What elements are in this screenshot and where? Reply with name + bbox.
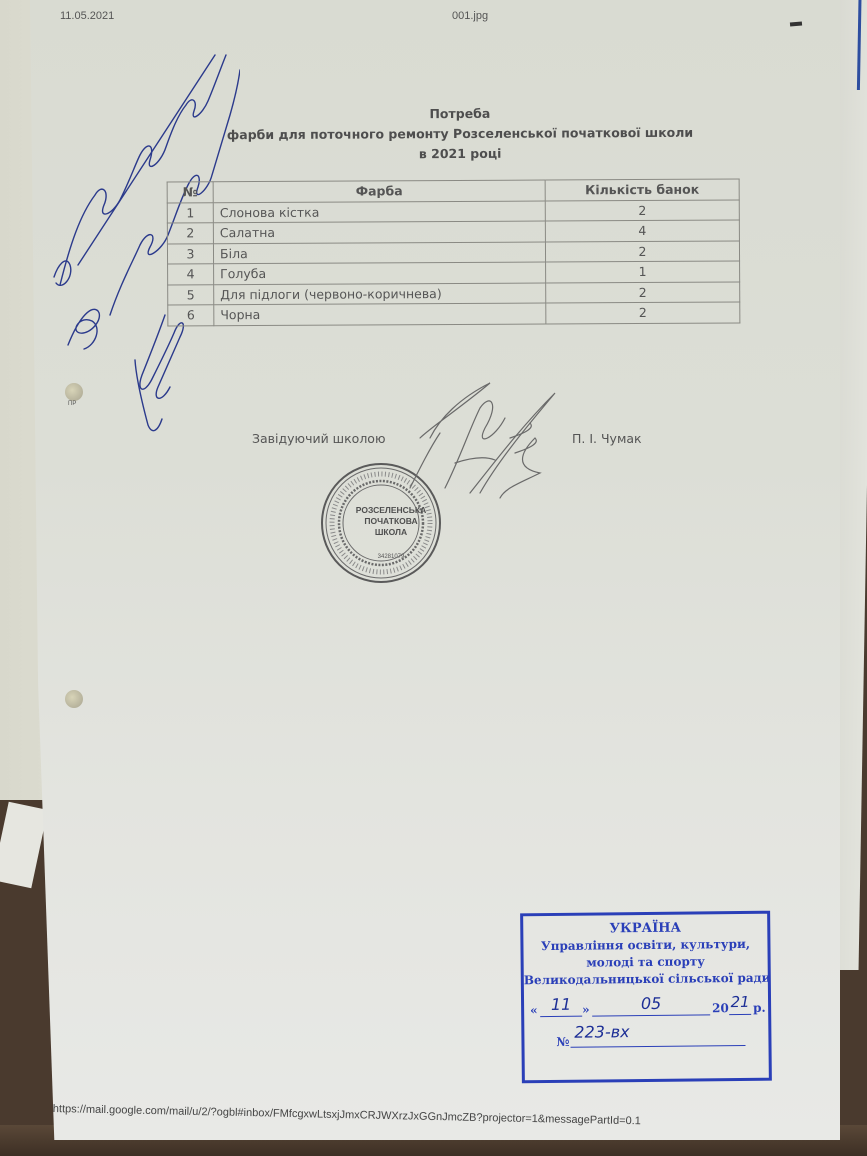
row-paint: Салатна [213,221,545,243]
row-paint: Слонова кістка [213,201,545,223]
title-line-2: фарби для поточного ремонту Розселенсько… [200,123,720,146]
row-quantity: 2 [545,241,739,263]
row-paint: Для підлоги (червоно-коричнева) [214,283,546,305]
number-label: № [556,1035,569,1049]
seal-line: ШКОЛА [336,527,446,538]
signatory-name: П. І. Чумак [572,431,642,446]
stamp-department: Управління освіти, культури, [523,936,767,956]
print-filename: 001.jpg [452,10,488,22]
stamp-year: 21 [729,993,751,1015]
title-line-1: Потреба [200,103,720,126]
row-number: 5 [168,284,214,305]
registration-number: 223-вх [570,1021,745,1048]
row-number: 6 [168,305,214,326]
background-sheet-under [0,802,48,889]
open-quote: « [530,1003,538,1017]
row-number: 4 [168,264,214,285]
row-quantity: 4 [545,220,739,242]
row-paint: Голуба [214,262,546,284]
row-number: 3 [167,243,213,264]
close-quote: » [582,1003,590,1017]
document-title: Потреба фарби для поточного ремонту Розс… [200,103,720,166]
stamp-century: 20 [712,1001,729,1015]
stamp-date-row: « 11 » 05 20 21 р. [524,993,768,1022]
stamp-number-row: № 223-вх [524,1021,768,1052]
table-row: 6 Чорна 2 [168,302,740,325]
title-line-3: в 2021 році [200,143,720,166]
row-number: 1 [167,202,213,223]
stamp-year-suffix: р. [753,1001,766,1015]
row-paint: Біла [213,242,545,264]
hole-mark: ПР [68,401,76,407]
paint-table: № Фарба Кількість банок 1 Слонова кістка… [167,179,741,326]
row-quantity: 1 [546,261,740,283]
punch-hole [65,690,83,708]
seal-line: РОЗСЕЛЕНСЬКА [336,505,446,516]
seal-code: 34281079 [336,554,446,560]
row-quantity: 2 [546,302,740,324]
column-header-paint: Фарба [213,180,545,202]
stamp-month: 05 [592,993,710,1016]
registration-stamp: УКРАЇНА Управління освіти, культури, мол… [520,911,772,1084]
blue-edge-mark [857,0,862,90]
stamp-council: Великодальницької сільської ради [524,970,768,990]
stamp-day: 11 [540,995,582,1017]
row-number: 2 [167,223,213,244]
row-quantity: 2 [545,200,739,222]
signature-scribble [400,378,570,503]
signatory-position: Завідуючий школою [252,431,385,446]
column-header-number: № [167,182,213,203]
seal-line: ПОЧАТКОВА [336,516,446,527]
column-header-quantity: Кількість банок [545,179,739,201]
row-quantity: 2 [546,282,740,304]
punch-hole [65,383,83,401]
seal-text: РОЗСЕЛЕНСЬКА ПОЧАТКОВА ШКОЛА [336,505,446,538]
row-paint: Чорна [214,303,546,325]
